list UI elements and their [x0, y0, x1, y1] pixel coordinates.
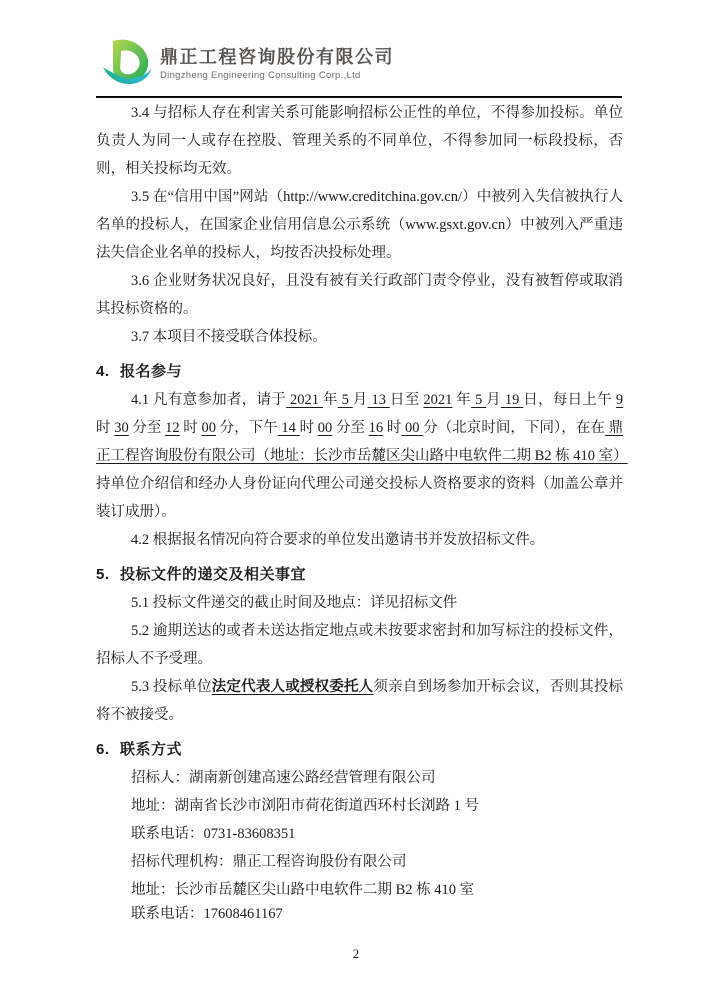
body-text: 分，下午	[216, 420, 278, 436]
body-text: 年	[452, 392, 471, 408]
document-body: 3.4 与招标人存在利害关系可能影响招标公正性的单位，不得参加投标。单位负责人为…	[96, 99, 623, 925]
contact-line: 地址：长沙市岳麓区尖山路中电软件二期 B2 栋 410 室	[131, 876, 623, 904]
body-text: 3.7 本项目不接受联合体投标。	[131, 329, 327, 345]
section-number: 5.	[96, 561, 120, 589]
body-text: 分（北京时间，下同），在在	[423, 420, 605, 436]
company-name-cn: 鼎正工程咨询股份有限公司	[160, 46, 394, 68]
body-text: 5.2 逾期送达的或者未送达指定地点或未按要求密封和加写标注的投标文件，招标人不…	[96, 623, 623, 667]
body-text: 5.3 投标单位	[131, 679, 212, 695]
body-text: 日至	[390, 392, 423, 408]
underlined-text: 14	[278, 420, 300, 436]
underlined-text: 2021	[286, 392, 323, 408]
underlined-text: 00	[401, 420, 423, 436]
company-name-en: Dingzheng Engineering Consulting Corp.,L…	[160, 70, 394, 81]
paragraph: 3.5 在“信用中国”网站（http://www.creditchina.gov…	[96, 183, 623, 267]
paragraph: 5.3 投标单位法定代表人或授权委托人须亲自到场参加开标会议，否则其投标将不被接…	[96, 673, 623, 729]
section-heading: 4.报名参与	[96, 358, 623, 386]
body-text: 时	[180, 420, 202, 436]
section-title: 报名参与	[120, 363, 182, 380]
page-header: 鼎正工程咨询股份有限公司 Dingzheng Engineering Consu…	[96, 36, 622, 98]
body-text: 时	[300, 420, 318, 436]
body-text: 4.2 根据报名情况向符合要求的单位发出邀请书并发放招标文件。	[131, 532, 544, 548]
body-text: 日，每日上午	[523, 392, 616, 408]
section-number: 6.	[96, 736, 120, 764]
underlined-text: 12	[165, 420, 180, 436]
contact-line: 联系电话：17608461167	[131, 904, 623, 925]
underlined-text: 19	[501, 392, 523, 408]
body-text: 4.1 凡有意参加者，请于	[131, 392, 286, 408]
section-heading: 6.联系方式	[96, 736, 623, 764]
body-text: 3.6 企业财务状况良好，且没有被有关行政部门责令停业，没有被暂停或取消其投标资…	[96, 273, 623, 317]
paragraph: 4.1 凡有意参加者，请于 2021 年 5 月 13 日至 2021 年 5 …	[96, 386, 623, 526]
paragraph: 3.4 与招标人存在利害关系可能影响招标公正性的单位，不得参加投标。单位负责人为…	[96, 99, 623, 183]
underlined-text: 9	[616, 392, 623, 408]
underlined-text: 30	[114, 420, 129, 436]
header-divider	[96, 96, 622, 98]
underlined-text: 2021	[423, 392, 452, 408]
company-brand: 鼎正工程咨询股份有限公司 Dingzheng Engineering Consu…	[160, 46, 394, 81]
section-number: 4.	[96, 358, 120, 386]
underlined-text: 00	[318, 420, 333, 436]
paragraph: 5.2 逾期送达的或者未送达指定地点或未按要求密封和加写标注的投标文件，招标人不…	[96, 617, 623, 673]
body-text: 3.4 与招标人存在利害关系可能影响招标公正性的单位，不得参加投标。单位负责人为…	[96, 105, 623, 177]
contact-line: 招标人：湖南新创建高速公路经营管理有限公司	[131, 764, 623, 792]
body-text: 分至	[332, 420, 368, 436]
body-text: 分至	[129, 420, 165, 436]
body-text: 时	[383, 420, 401, 436]
underlined-text: 法定代表人或授权委托人	[212, 679, 374, 695]
section-title: 投标文件的递交及相关事宜	[120, 566, 306, 583]
paragraph: 4.2 根据报名情况向符合要求的单位发出邀请书并发放招标文件。	[96, 526, 623, 554]
underlined-text: 16	[369, 420, 384, 436]
underlined-text: 13	[368, 392, 390, 408]
body-text: 时	[96, 420, 114, 436]
contact-block: 招标人：湖南新创建高速公路经营管理有限公司地址：湖南省长沙市浏阳市荷花街道西环村…	[131, 764, 623, 925]
contact-line: 地址：湖南省长沙市浏阳市荷花街道西环村长浏路 1 号	[131, 792, 623, 820]
section-title: 联系方式	[120, 741, 182, 758]
paragraph: 5.1 投标文件递交的截止时间及地点：详见招标文件	[96, 589, 623, 617]
body-text: 月	[486, 392, 501, 408]
paragraph: 3.6 企业财务状况良好，且没有被有关行政部门责令停业，没有被暂停或取消其投标资…	[96, 267, 623, 323]
contact-line: 招标代理机构：鼎正工程咨询股份有限公司	[131, 848, 623, 876]
body-text: 5.1 投标文件递交的截止时间及地点：详见招标文件	[131, 595, 457, 611]
underlined-text: 00	[201, 420, 216, 436]
page-number: 2	[353, 946, 360, 961]
document-page: 鼎正工程咨询股份有限公司 Dingzheng Engineering Consu…	[0, 0, 712, 1008]
body-text: 持单位介绍信和经办人身份证向代理公司递交投标人资格要求的资料（加盖公章并装订成册…	[96, 476, 623, 520]
underlined-text: 5	[338, 392, 353, 408]
underlined-text: 5	[471, 392, 486, 408]
body-text: 年	[323, 392, 338, 408]
body-text: 月	[353, 392, 368, 408]
page-footer: 2	[0, 946, 712, 962]
company-logo-icon	[100, 38, 156, 92]
contact-line: 联系电话：0731-83608351	[131, 820, 623, 848]
section-heading: 5.投标文件的递交及相关事宜	[96, 561, 623, 589]
paragraph: 3.7 本项目不接受联合体投标。	[96, 323, 623, 351]
body-text: 3.5 在“信用中国”网站（http://www.creditchina.gov…	[96, 189, 623, 261]
